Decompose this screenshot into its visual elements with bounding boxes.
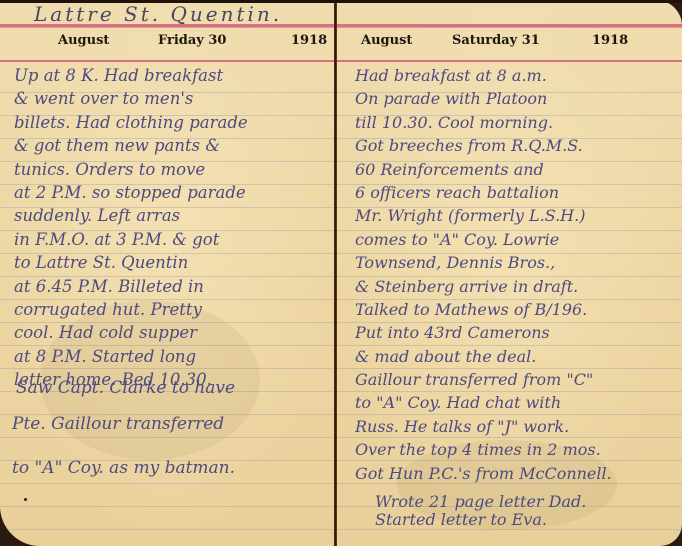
ink-dot — [24, 498, 27, 501]
entry-line: till 10.30. Cool morning. — [355, 111, 676, 134]
note-line: to "A" Coy. as my batman. — [12, 458, 235, 478]
entry-line: in F.M.O. at 3 P.M. & got — [14, 228, 328, 251]
header-rule-top-thin — [0, 27, 334, 28]
entry-line: suddenly. Left arras — [14, 204, 328, 227]
entry-line: Over the top 4 times in 2 mos. — [355, 438, 676, 461]
entry-line: & got them new pants & — [14, 134, 328, 157]
entry-line: billets. Had clothing parade — [14, 111, 328, 134]
year-label: 1918 — [291, 33, 327, 48]
entry-line: Townsend, Dennis Bros., — [355, 251, 676, 274]
entry-line: corrugated hut. Pretty — [14, 298, 328, 321]
left-date-header: August Friday 30 1918 — [0, 33, 334, 53]
entry-line: Got breeches from R.Q.M.S. — [355, 134, 676, 157]
entry-line: at 6.45 P.M. Billeted in — [14, 275, 328, 298]
header-rule-top-thin — [337, 27, 682, 28]
entry-line: & Steinberg arrive in draft. — [355, 275, 676, 298]
day-label: Friday 30 — [158, 33, 226, 48]
header-rule-bottom — [337, 60, 682, 62]
left-entry-text: Up at 8 K. Had breakfast & went over to … — [14, 64, 328, 391]
location-note: Lattre St. Quentin. — [34, 2, 282, 26]
entry-line: & mad about the deal. — [355, 345, 676, 368]
entry-line: Got Hun P.C.'s from McConnell. — [355, 462, 676, 485]
entry-line: at 2 P.M. so stopped parade — [14, 181, 328, 204]
entry-line: Up at 8 K. Had breakfast — [14, 64, 328, 87]
diary-spread: Lattre St. Quentin. August Friday 30 191… — [0, 0, 682, 546]
entry-line: tunics. Orders to move — [14, 158, 328, 181]
right-page: August Saturday 31 1918 Had breakfast at… — [337, 0, 682, 546]
left-page: Lattre St. Quentin. August Friday 30 191… — [0, 0, 335, 546]
entry-line: & went over to men's — [14, 87, 328, 110]
entry-line: to Lattre St. Quentin — [14, 251, 328, 274]
entry-line: Had breakfast at 8 a.m. — [355, 64, 676, 87]
note-line: Pte. Gaillour transferred — [12, 414, 224, 434]
month-label: August — [58, 33, 109, 48]
right-date-header: August Saturday 31 1918 — [337, 33, 682, 53]
entry-line: Gaillour transferred from "C" — [355, 368, 676, 391]
entry-line: Put into 43rd Camerons — [355, 321, 676, 344]
entry-line: Russ. He talks of "J" work. — [355, 415, 676, 438]
note-line: Wrote 21 page letter Dad. — [375, 492, 586, 511]
note-line: Started letter to Eva. — [375, 510, 547, 529]
entry-line: On parade with Platoon — [355, 87, 676, 110]
entry-line: cool. Had cold supper — [14, 321, 328, 344]
entry-line: to "A" Coy. Had chat with — [355, 391, 676, 414]
entry-line: Mr. Wright (formerly L.S.H.) — [355, 204, 676, 227]
entry-line: 6 officers reach battalion — [355, 181, 676, 204]
entry-line: 60 Reinforcements and — [355, 158, 676, 181]
header-rule-bottom — [0, 60, 334, 62]
day-label: Saturday 31 — [452, 33, 540, 48]
entry-line: at 8 P.M. Started long — [14, 345, 328, 368]
month-label: August — [361, 33, 412, 48]
note-line: Saw Capt. Clarke to have — [16, 378, 235, 398]
entry-line: comes to "A" Coy. Lowrie — [355, 228, 676, 251]
year-label: 1918 — [592, 33, 628, 48]
entry-line: Talked to Mathews of B/196. — [355, 298, 676, 321]
right-entry-text: Had breakfast at 8 a.m. On parade with P… — [355, 64, 676, 485]
cover-edge-top — [0, 0, 682, 3]
